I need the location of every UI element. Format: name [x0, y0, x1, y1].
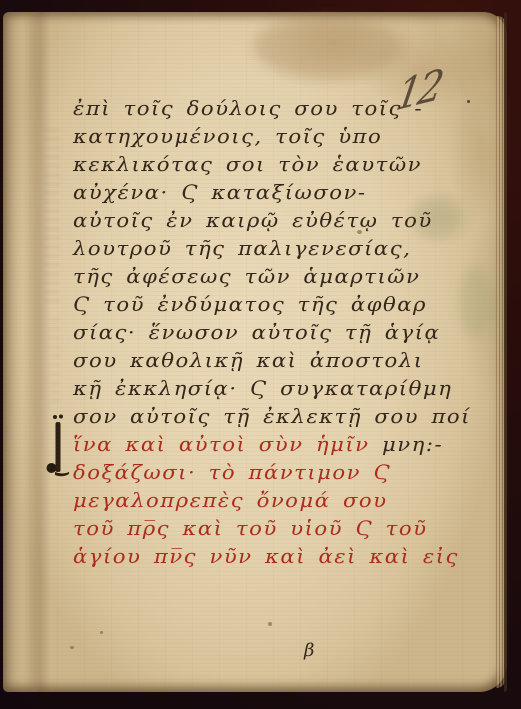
manuscript-line: κῇ ἐκκλησίᾳ· Ϛ συγκαταρίθμη [73, 374, 471, 402]
line-segment-red-ink: ἁγίου πν̅ς νῦν καὶ ἀεὶ καὶ εἰς [73, 544, 459, 568]
line-segment-black-ink: λουτροῦ τῆς παλιγενεσίας, [73, 236, 411, 260]
manuscript-page: 12 ἐπὶ τοῖς δούλοις σου τοῖς -κατηχουμέν… [3, 12, 507, 692]
text-block: ἐπὶ τοῖς δούλοις σου τοῖς -κατηχουμένοις… [73, 94, 471, 570]
manuscript-line: δοξάζωσι· τὸ πάντιμον Ϛ [73, 458, 471, 486]
line-segment-black-ink: αὐτοῖς ἐν καιρῷ εὐθέτῳ τοῦ [73, 208, 433, 232]
page-gutter-shadow [23, 12, 51, 692]
line-segment-black-ink: κεκλικότας σοι τὸν ἑαυτῶν [73, 152, 422, 176]
parchment-speck [70, 646, 74, 649]
manuscript-line: αὐχένα· Ϛ καταξίωσον- [73, 178, 471, 206]
line-segment-black-ink: κῇ ἐκκλησίᾳ· Ϛ συγκαταρίθμη [73, 376, 452, 400]
line-segment-black-ink: αὐχένα· Ϛ καταξίωσον- [73, 180, 367, 204]
manuscript-line: κατηχουμένοις, τοῖς ὑπο [73, 122, 471, 150]
parchment-speck [100, 631, 103, 634]
manuscript-line: αὐτοῖς ἐν καιρῷ εὐθέτῳ τοῦ [73, 206, 471, 234]
manuscript-line: ἵνα καὶ αὐτοὶ σὺν ἡμῖν μνη:- [73, 430, 471, 458]
line-segment-black-ink: σον αὐτοῖς τῇ ἐκλεκτῇ σου ποί [73, 404, 471, 428]
line-segment-black-ink: ἐπὶ τοῖς δούλοις σου τοῖς - [73, 96, 423, 120]
manuscript-line: σίας· ἕνωσον αὐτοῖς τῇ ἁγίᾳ [73, 318, 471, 346]
parchment-speck [268, 622, 272, 626]
line-segment-black-ink: σίας· ἕνωσον αὐτοῖς τῇ ἁγίᾳ [73, 320, 440, 344]
manuscript-line: τοῦ πρ̅ς καὶ τοῦ υἱοῦ Ϛ τοῦ [73, 514, 471, 542]
page-edge-outline [504, 12, 507, 692]
line-segment-black-ink: σου καθολικῇ καὶ ἀποστολι [73, 348, 424, 372]
marginal-initial-ornament [45, 412, 71, 486]
manuscript-line: λουτροῦ τῆς παλιγενεσίας, [73, 234, 471, 262]
manuscript-line: ἁγίου πν̅ς νῦν καὶ ἀεὶ καὶ εἰς [73, 542, 471, 570]
manuscript-line: σον αὐτοῖς τῇ ἐκλεκτῇ σου ποί [73, 402, 471, 430]
line-segment-red-ink: τοῦ πρ̅ς καὶ τοῦ υἱοῦ Ϛ τοῦ [73, 516, 427, 540]
manuscript-line: κεκλικότας σοι τὸν ἑαυτῶν [73, 150, 471, 178]
line-segment-black-ink: τῆς ἀφέσεως τῶν ἁμαρτιῶν [73, 264, 420, 288]
line-segment-red-ink: ἵνα καὶ αὐτοὶ σὺν ἡμῖν [73, 432, 382, 456]
line-segment-red-ink: δοξάζωσι· τὸ πάντιμον Ϛ [73, 460, 391, 484]
line-segment-black-ink: μνη:- [382, 432, 443, 456]
photo-backdrop: 12 ἐπὶ τοῖς δούλοις σου τοῖς -κατηχουμέν… [0, 0, 521, 709]
manuscript-line: τῆς ἀφέσεως τῶν ἁμαρτιῶν [73, 262, 471, 290]
manuscript-line: Ϛ τοῦ ἐνδύματος τῆς ἀφθαρ [73, 290, 471, 318]
manuscript-line: σου καθολικῇ καὶ ἀποστολι [73, 346, 471, 374]
line-segment-red-ink: μεγαλοπρεπὲς ὄνομά σου [73, 488, 388, 512]
manuscript-line: μεγαλοπρεπὲς ὄνομά σου [73, 486, 471, 514]
manuscript-line: ἐπὶ τοῖς δούλοις σου τοῖς - [73, 94, 471, 122]
quire-mark: β [304, 640, 314, 661]
parchment-stain [253, 17, 403, 77]
line-segment-black-ink: κατηχουμένοις, τοῖς ὑπο [73, 124, 382, 148]
line-segment-black-ink: Ϛ τοῦ ἐνδύματος τῆς ἀφθαρ [73, 292, 427, 316]
